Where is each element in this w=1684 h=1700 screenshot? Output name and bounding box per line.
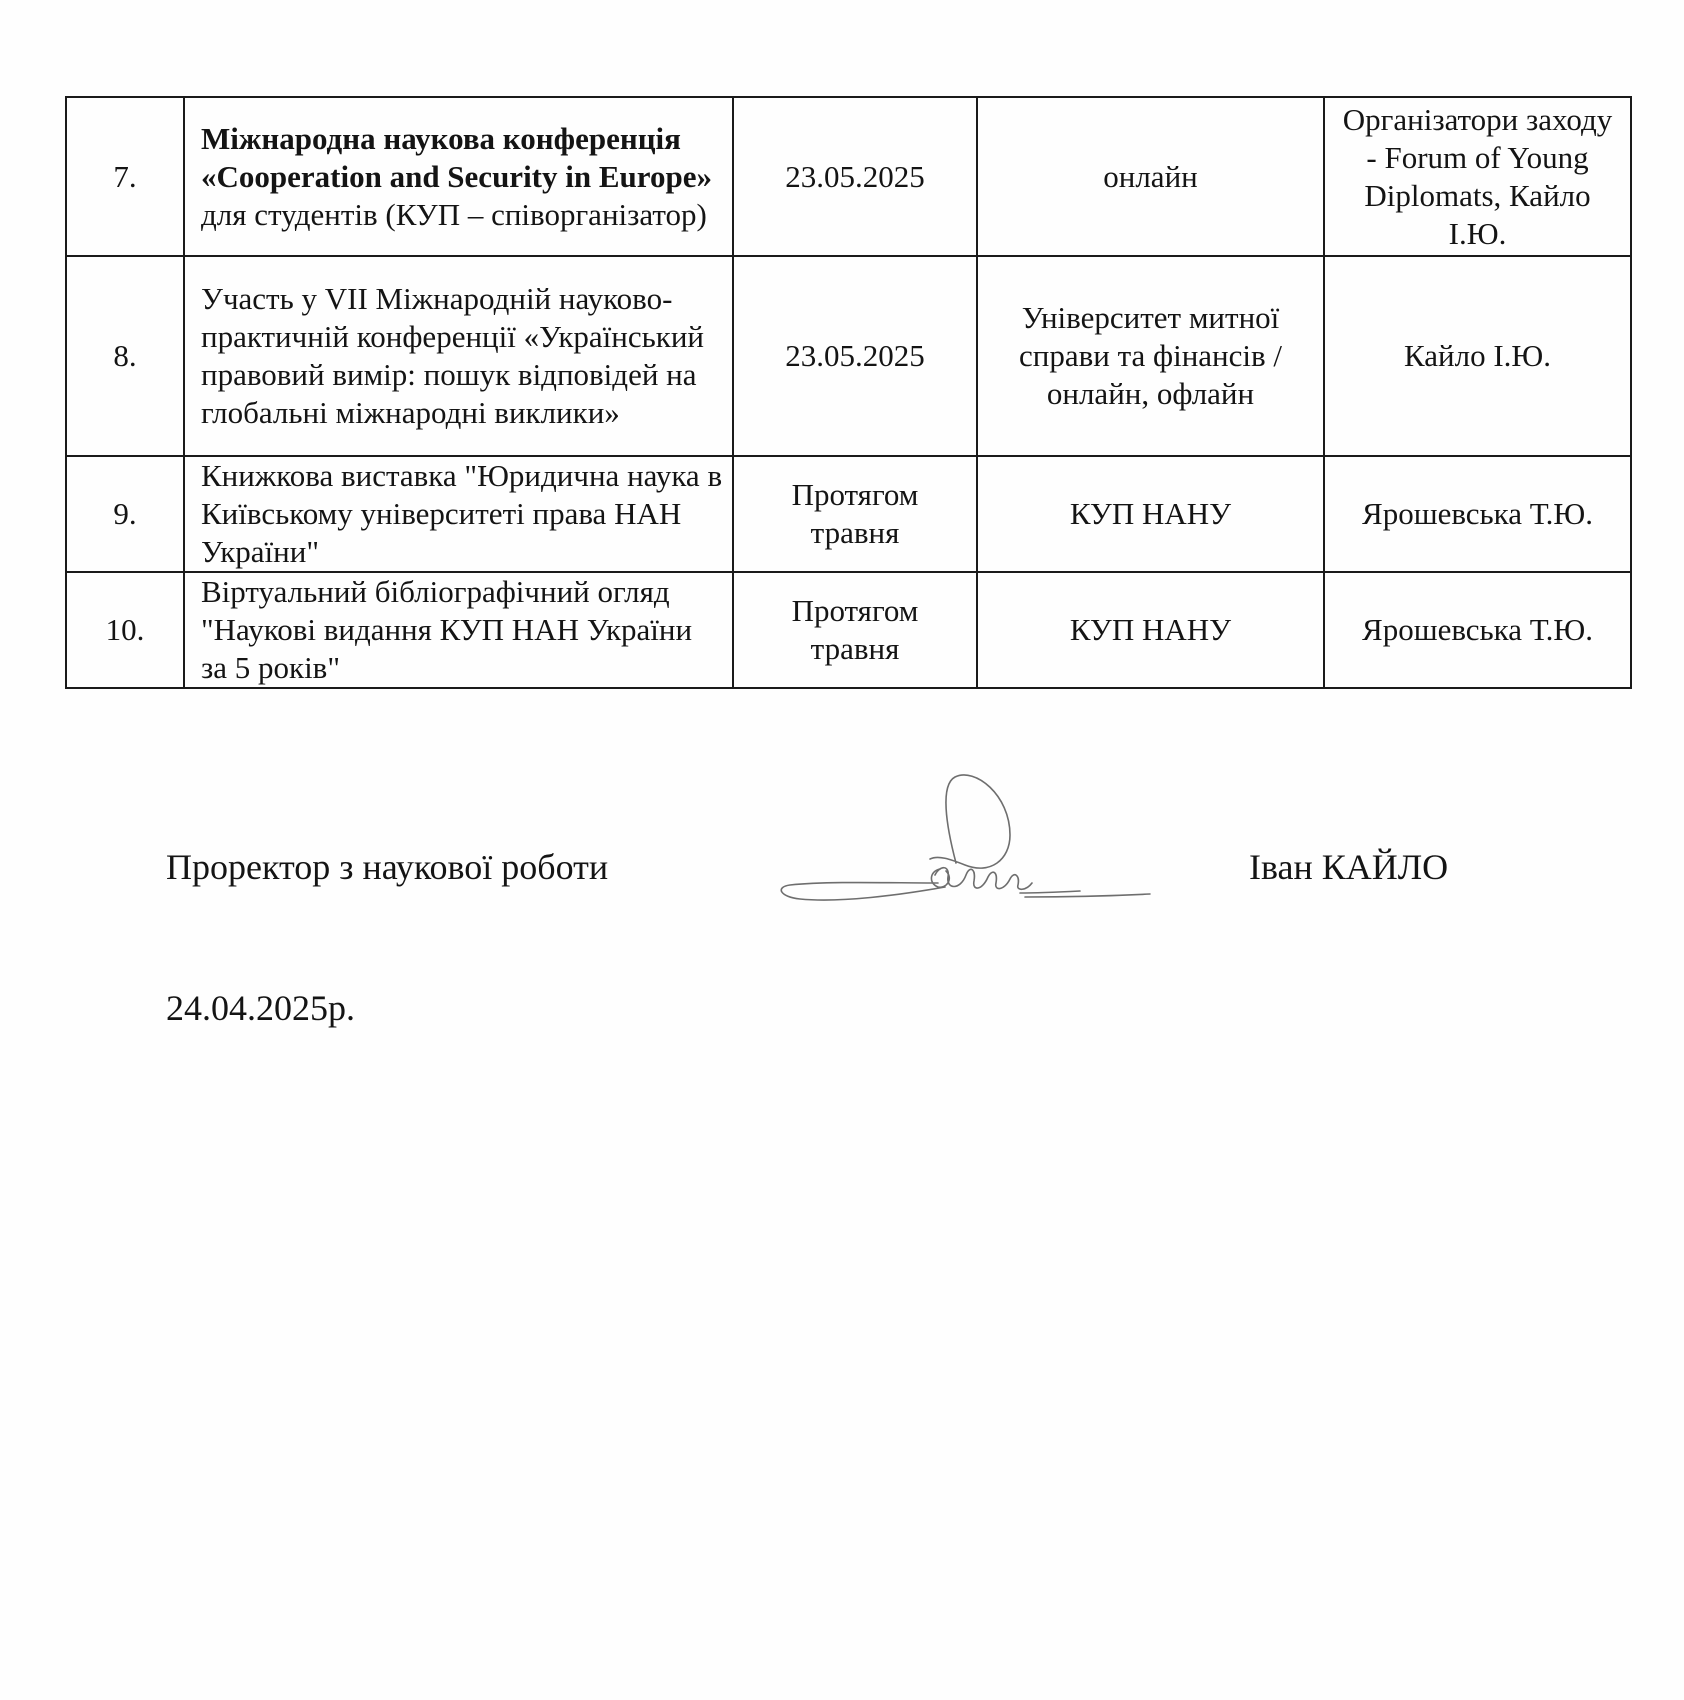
event-date: 23.05.2025 [733, 256, 977, 456]
table-row: 7. Міжнародна наукова конференція «Coope… [66, 97, 1631, 256]
event-date: Протягом травня [733, 572, 977, 688]
document-page: 7. Міжнародна наукова конференція «Coope… [0, 0, 1684, 1700]
event-title: Віртуальний бібліографічний огляд "Науко… [184, 572, 733, 688]
table-row: 8. Участь у VII Міжнародній науково-прак… [66, 256, 1631, 456]
event-title-regular: для студентів (КУП – співорганізатор) [201, 197, 707, 232]
event-title-bold: Міжнародна наукова конференція «Cooperat… [201, 121, 712, 194]
event-responsible: Кайло І.Ю. [1324, 256, 1631, 456]
event-title: Книжкова виставка "Юридична наука в Київ… [184, 456, 733, 572]
event-place: Університет митної справи та фінансів / … [977, 256, 1324, 456]
document-date: 24.04.2025р. [166, 986, 355, 1030]
event-responsible: Ярошевська Т.Ю. [1324, 456, 1631, 572]
row-number: 9. [66, 456, 184, 572]
event-date: Протягом травня [733, 456, 977, 572]
event-title: Міжнародна наукова конференція «Cooperat… [184, 97, 733, 256]
event-responsible: Організатори заходу - Forum of Young Dip… [1324, 97, 1631, 256]
event-title-regular: Книжкова виставка "Юридична наука в Київ… [201, 458, 722, 569]
event-place: КУП НАНУ [977, 572, 1324, 688]
row-number: 8. [66, 256, 184, 456]
row-number: 7. [66, 97, 184, 256]
signatory-position: Проректор з наукової роботи [166, 845, 608, 889]
row-number: 10. [66, 572, 184, 688]
table-row: 9. Книжкова виставка "Юридична наука в К… [66, 456, 1631, 572]
event-title-regular: Віртуальний бібліографічний огляд "Науко… [201, 574, 692, 685]
event-place: онлайн [977, 97, 1324, 256]
events-table: 7. Міжнародна наукова конференція «Coope… [65, 96, 1632, 689]
signatory-name: Іван КАЙЛО [1249, 845, 1448, 889]
event-place: КУП НАНУ [977, 456, 1324, 572]
event-responsible: Ярошевська Т.Ю. [1324, 572, 1631, 688]
event-title: Участь у VII Міжнародній науково-практич… [184, 256, 733, 456]
table-row: 10. Віртуальний бібліографічний огляд "Н… [66, 572, 1631, 688]
event-title-regular: Участь у VII Міжнародній науково-практич… [201, 281, 704, 430]
handwritten-signature-icon [770, 765, 1160, 910]
event-date: 23.05.2025 [733, 97, 977, 256]
